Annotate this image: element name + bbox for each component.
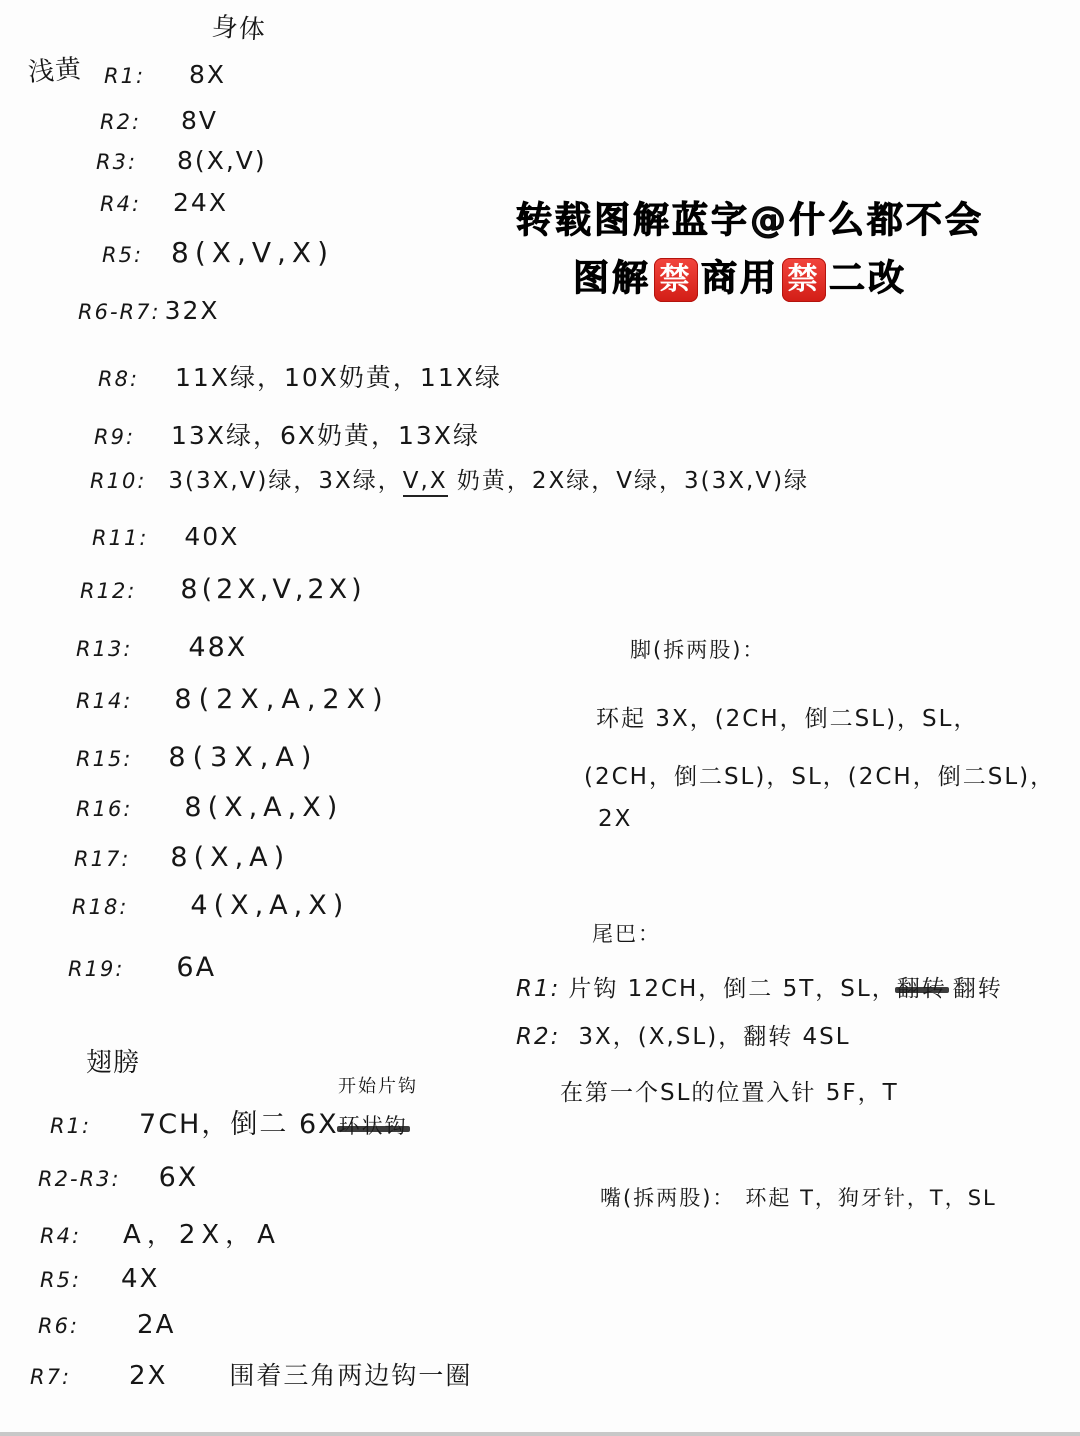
row-label: R8: <box>98 367 139 391</box>
row-instruction: 2A <box>137 1310 175 1340</box>
wings-row-7: R7:2X围着三角两边钩一圈 <box>30 1356 472 1392</box>
pattern-sheet: 转载图解蓝字@什么都不会 图解禁商用禁二改 身体 浅黄 R1:8X R2:8V … <box>0 0 1080 1432</box>
body-row-12: R12:8(2X,V,2X) <box>80 574 366 605</box>
row-instruction: 8X <box>189 60 226 89</box>
mouth-row: 嘴(拆两股)：环起 T，狗牙针，T，SL <box>600 1182 997 1212</box>
feet-line-2: (2CH，倒二SL)，SL，(2CH，倒二SL)， <box>584 758 1055 791</box>
watermark-text: 商用 <box>701 258 779 299</box>
row-label: R7: <box>30 1365 71 1389</box>
wings-insert-note: 开始片钩 <box>338 1072 418 1098</box>
body-row-6-7: R6-R7:32X <box>78 296 220 325</box>
row-instruction: 翻转 <box>953 976 1003 1002</box>
mouth-instruction: 环起 T，狗牙针，T，SL <box>745 1186 996 1210</box>
row-instruction: 6A <box>176 952 216 983</box>
ban-badge-icon: 禁 <box>782 258 826 302</box>
body-section-title: 身体 <box>211 6 267 47</box>
row-instruction: 3(3X,V)绿，3X绿， <box>168 468 402 494</box>
row-label: R5: <box>102 243 143 267</box>
wings-row-6: R6:2A <box>38 1310 175 1340</box>
watermark-text: 二改 <box>829 258 907 299</box>
row-label: R17: <box>74 847 130 871</box>
row-instruction: 8(2X,A,2X) <box>174 684 389 715</box>
wings-row-1: R1:7CH，倒二 6X环状钩 <box>50 1102 408 1141</box>
body-row-10: R10:3(3X,V)绿，3X绿，V,X 奶黄，2X绿，V绿，3(3X,V)绿 <box>90 462 809 495</box>
ban-badge-icon: 禁 <box>654 258 698 302</box>
row-instruction: 24X <box>173 188 228 217</box>
feet-line-3: 2X <box>598 806 632 832</box>
row-label: R1: <box>50 1114 91 1138</box>
row-label: R2-R3: <box>38 1167 121 1191</box>
watermark-line-1: 转载图解蓝字@什么都不会 <box>470 192 1030 250</box>
body-row-15: R15:8(3X,A) <box>76 742 318 773</box>
struck-out-text: 环状钩 <box>339 1110 408 1140</box>
body-row-11: R11:40X <box>92 522 239 551</box>
row-instruction: 8(X,A) <box>170 842 290 873</box>
row-label: R11: <box>92 526 148 550</box>
body-row-14: R14:8(2X,A,2X) <box>76 684 390 715</box>
repost-watermark: 转载图解蓝字@什么都不会 图解禁商用禁二改 <box>470 192 1030 308</box>
body-row-1: R1:8X <box>104 60 226 89</box>
row-instruction: 7CH，倒二 6X <box>139 1109 339 1140</box>
row-instruction: 8(X,V,X) <box>171 236 334 269</box>
row-label: R1: <box>104 64 145 88</box>
row-instruction: 4X <box>121 1264 159 1294</box>
body-row-19: R19:6A <box>68 952 216 983</box>
wings-row-2-3: R2-R3:6X <box>38 1162 198 1193</box>
wings-row-4: R4:A，2X，A <box>40 1214 281 1251</box>
row-instruction: A，2X，A <box>123 1220 281 1250</box>
body-row-5: R5:8(X,V,X) <box>102 236 334 269</box>
row-label: R4: <box>100 192 141 216</box>
row-instruction: 8(X,A,X) <box>184 792 343 823</box>
row-instruction: 40X <box>184 522 239 551</box>
body-row-2: R2:8V <box>100 106 218 135</box>
row-label: R6-R7: <box>78 300 161 324</box>
watermark-text: 图解 <box>573 258 651 299</box>
body-row-17: R17:8(X,A) <box>74 842 290 873</box>
feet-line-1: 环起 3X，(2CH，倒二SL)，SL， <box>596 700 978 733</box>
row-label: R16: <box>76 797 132 821</box>
row-instruction: 8V <box>181 106 218 135</box>
row-instruction-underlined: V,X <box>403 468 448 497</box>
body-row-13: R13:48X <box>76 632 247 663</box>
tail-note: 在第一个SL的位置入针 5F，T <box>560 1074 899 1107</box>
row-instruction: 11X绿，10X奶黄，11X绿 <box>175 363 502 392</box>
row-label: R2: <box>100 110 141 134</box>
watermark-line-2: 图解禁商用禁二改 <box>450 250 1030 308</box>
bottom-edge <box>0 1432 1080 1436</box>
body-row-8: R8:11X绿，10X奶黄，11X绿 <box>98 358 502 394</box>
row-label: R1: <box>516 976 560 1002</box>
row-label: R18: <box>72 895 128 919</box>
wings-section-title: 翅膀 <box>86 1042 140 1079</box>
struck-out-text: 翻转 <box>897 970 947 1003</box>
row-label: R12: <box>80 579 136 603</box>
tail-section-title: 尾巴： <box>592 918 661 948</box>
row-instruction: 48X <box>188 632 247 663</box>
body-row-4: R4:24X <box>100 188 228 217</box>
row-label: R3: <box>96 150 137 174</box>
row-note: 围着三角两边钩一圈 <box>229 1361 472 1390</box>
body-row-16: R16:8(X,A,X) <box>76 792 343 823</box>
row-instruction: 6X <box>159 1162 199 1193</box>
row-label: R4: <box>40 1224 81 1248</box>
row-instruction: 2X <box>129 1361 167 1391</box>
body-color-note: 浅黄 <box>27 48 83 89</box>
row-instruction: 8(3X,A) <box>168 742 318 773</box>
row-instruction: 8(X,V) <box>177 146 267 175</box>
row-instruction: 13X绿，6X奶黄，13X绿 <box>171 421 480 450</box>
row-instruction: 4(X,A,X) <box>190 890 349 921</box>
wings-row-5: R5:4X <box>40 1264 159 1294</box>
body-row-9: R9:13X绿，6X奶黄，13X绿 <box>94 416 480 452</box>
row-instruction: 32X <box>165 296 220 325</box>
row-label: R19: <box>68 957 124 981</box>
row-label: R9: <box>94 425 135 449</box>
tail-row-1: R1:片钩 12CH，倒二 5T，SL，翻转翻转 <box>516 970 1003 1003</box>
row-instruction: 3X，(X,SL)，翻转 4SL <box>578 1024 850 1050</box>
tail-row-2: R2:3X，(X,SL)，翻转 4SL <box>516 1018 851 1051</box>
row-label: R2: <box>516 1024 560 1050</box>
body-row-18: R18:4(X,A,X) <box>72 890 349 921</box>
row-instruction: 8(2X,V,2X) <box>180 574 365 605</box>
mouth-label: 嘴(拆两股)： <box>600 1186 735 1210</box>
feet-section-title: 脚(拆两股)： <box>630 634 765 664</box>
row-label: R15: <box>76 747 132 771</box>
row-instruction: 奶黄，2X绿，V绿，3(3X,V)绿 <box>448 468 809 494</box>
row-label: R10: <box>90 469 146 493</box>
row-label: R14: <box>76 689 132 713</box>
row-label: R6: <box>38 1314 79 1338</box>
row-instruction: 片钩 12CH，倒二 5T，SL， <box>568 976 896 1002</box>
row-label: R5: <box>40 1268 81 1292</box>
body-row-3: R3:8(X,V) <box>96 146 267 175</box>
row-label: R13: <box>76 637 132 661</box>
